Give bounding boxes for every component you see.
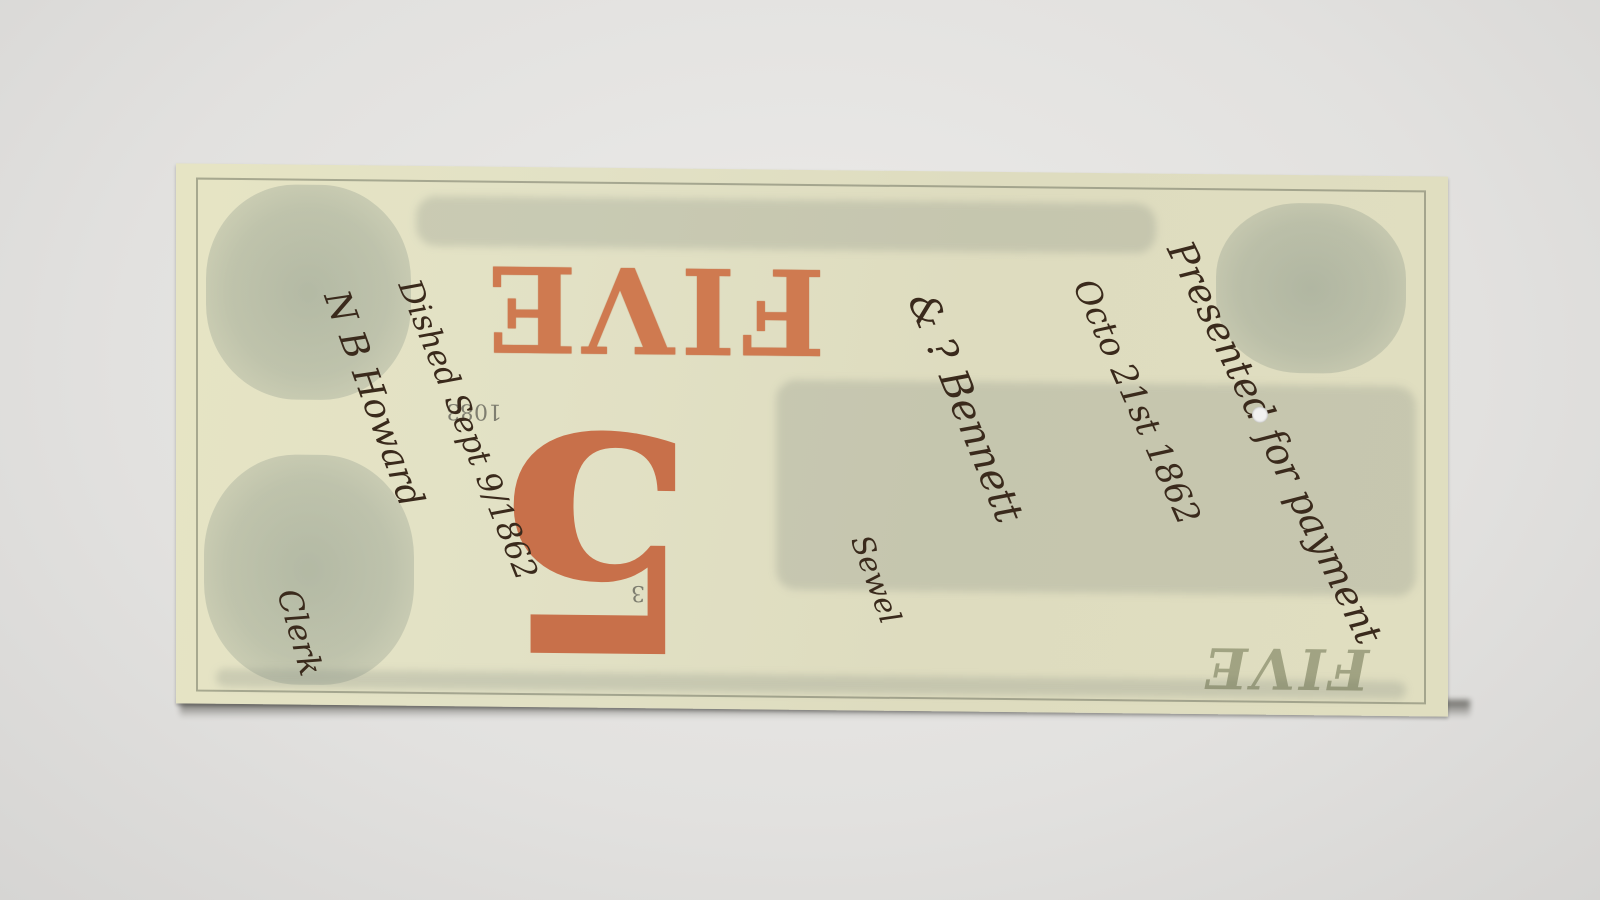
show-through-five: FIVE xyxy=(1201,634,1369,702)
denomination-word: FIVE xyxy=(481,239,825,382)
cancellation-punch-hole xyxy=(1252,407,1268,423)
banknote: 1083 13 FIVE FIVE 5 Presented for paymen… xyxy=(176,163,1448,716)
